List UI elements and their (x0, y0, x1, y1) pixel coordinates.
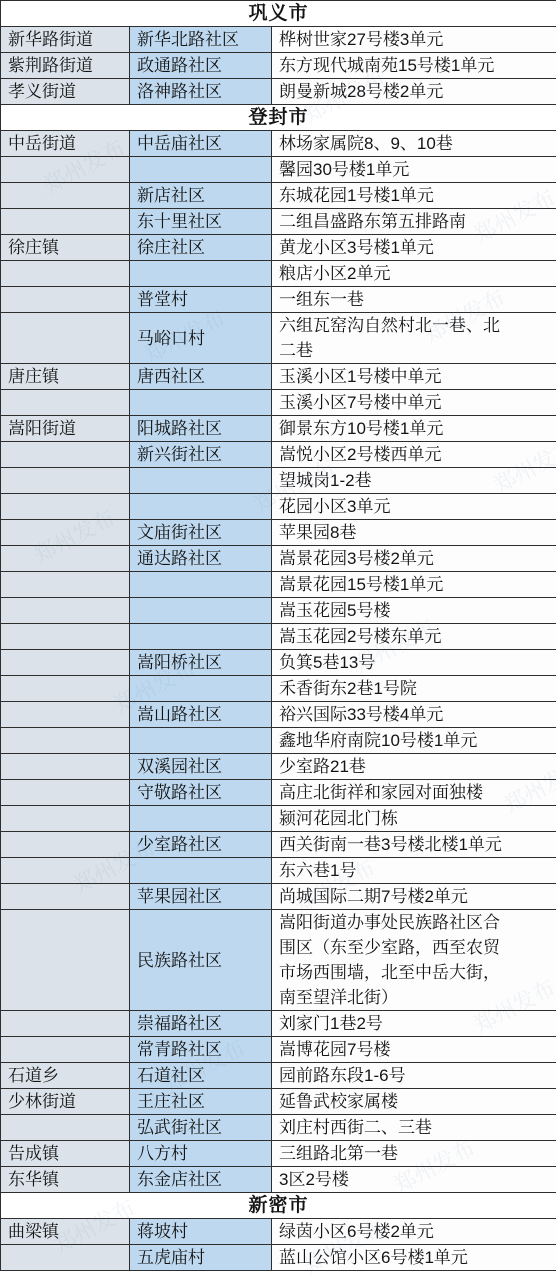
community-cell: 守敬路社区 (130, 780, 272, 806)
community-cell: 通达路社区 (130, 546, 272, 572)
table-row: 五虎庙村蓝山公馆小区6号楼1单元 (1, 1245, 556, 1271)
street-cell (1, 702, 130, 728)
table-row: 颍河花园北门栋 (1, 806, 556, 832)
address-cell: 嵩景花园15号楼1单元 (272, 572, 556, 598)
community-cell: 政通路社区 (130, 53, 272, 79)
community-cell (130, 728, 272, 754)
address-cell: 朗曼新城28号楼2单元 (272, 79, 556, 105)
community-cell: 文庙街社区 (130, 520, 272, 546)
table-row: 唐庄镇唐西社区玉溪小区1号楼中单元 (1, 364, 556, 390)
city-header-row: 巩义市 (1, 1, 556, 27)
community-cell: 苹果园社区 (130, 884, 272, 910)
community-cell (130, 494, 272, 520)
street-cell: 嵩阳街道 (1, 416, 130, 442)
table-row: 常青路社区嵩博花园7号楼 (1, 1037, 556, 1063)
street-cell (1, 520, 130, 546)
community-cell (130, 676, 272, 702)
address-cell: 望城岗1-2巷 (272, 468, 556, 494)
community-cell: 常青路社区 (130, 1037, 272, 1063)
street-cell: 唐庄镇 (1, 364, 130, 390)
address-cell: 馨园30号楼1单元 (272, 157, 556, 183)
address-cell: 裕兴国际33号楼4单元 (272, 702, 556, 728)
address-cell: 苹果园8巷 (272, 520, 556, 546)
table-row: 馨园30号楼1单元 (1, 157, 556, 183)
street-cell (1, 494, 130, 520)
address-cell: 东六巷1号 (272, 858, 556, 884)
address-cell: 颍河花园北门栋 (272, 806, 556, 832)
address-cell: 花园小区3单元 (272, 494, 556, 520)
community-cell (130, 572, 272, 598)
table-row: 嵩玉花园5号楼 (1, 598, 556, 624)
street-cell: 新华路街道 (1, 27, 130, 53)
risk-area-table: 巩义市新华路街道新华北路社区桦树世家27号楼3单元紫荆路街道政通路社区东方现代城… (0, 0, 556, 1271)
table-row: 马峪口村六组瓦窑沟自然村北一巷、北 二巷 (1, 313, 556, 364)
street-cell: 中岳街道 (1, 131, 130, 157)
street-cell (1, 1245, 130, 1271)
table-row: 少室路社区西关街南一巷3号楼北楼1单元 (1, 832, 556, 858)
street-cell: 东华镇 (1, 1167, 130, 1193)
street-cell: 告成镇 (1, 1141, 130, 1167)
community-cell: 石道社区 (130, 1063, 272, 1089)
address-cell: 林场家属院8、9、10巷 (272, 131, 556, 157)
community-cell (130, 261, 272, 287)
address-cell: 禾香街东2巷1号院 (272, 676, 556, 702)
street-cell (1, 1011, 130, 1037)
community-cell: 八方村 (130, 1141, 272, 1167)
community-cell: 马峪口村 (130, 313, 272, 364)
community-cell: 阳城路社区 (130, 416, 272, 442)
table-row: 孝义街道洛神路社区朗曼新城28号楼2单元 (1, 79, 556, 105)
street-cell (1, 442, 130, 468)
community-cell (130, 858, 272, 884)
street-cell (1, 884, 130, 910)
street-cell (1, 806, 130, 832)
community-cell: 东十里社区 (130, 209, 272, 235)
address-cell: 蓝山公馆小区6号楼1单元 (272, 1245, 556, 1271)
table-row: 禾香街东2巷1号院 (1, 676, 556, 702)
table-row: 紫荆路街道政通路社区东方现代城南苑15号楼1单元 (1, 53, 556, 79)
address-cell: 负箕5巷13号 (272, 650, 556, 676)
address-cell: 桦树世家27号楼3单元 (272, 27, 556, 53)
address-cell: 尚城国际二期7号楼2单元 (272, 884, 556, 910)
street-cell: 石道乡 (1, 1063, 130, 1089)
street-cell (1, 209, 130, 235)
table-row: 民族路社区嵩阳街道办事处民族路社区合 围区（东至少室路，西至农贸 市场西围墙，北… (1, 910, 556, 1011)
table-row: 普堂村一组东一巷 (1, 287, 556, 313)
street-cell: 紫荆路街道 (1, 53, 130, 79)
street-cell (1, 1115, 130, 1141)
address-cell: 一组东一巷 (272, 287, 556, 313)
table-row: 嵩山路社区裕兴国际33号楼4单元 (1, 702, 556, 728)
street-cell (1, 468, 130, 494)
community-cell (130, 468, 272, 494)
street-cell: 徐庄镇 (1, 235, 130, 261)
community-cell: 王庄社区 (130, 1089, 272, 1115)
table-row: 少林街道王庄社区延鲁武校家属楼 (1, 1089, 556, 1115)
street-cell (1, 183, 130, 209)
address-cell: 二组昌盛路东第五排路南 (272, 209, 556, 235)
table-row: 花园小区3单元 (1, 494, 556, 520)
community-cell: 唐西社区 (130, 364, 272, 390)
city-header-row: 新密市 (1, 1193, 556, 1219)
address-cell: 园前路东段1-6号 (272, 1063, 556, 1089)
street-cell (1, 287, 130, 313)
community-cell: 新华北路社区 (130, 27, 272, 53)
table-row: 新兴街社区嵩悦小区2号楼西单元 (1, 442, 556, 468)
street-cell (1, 546, 130, 572)
table-row: 玉溪小区7号楼中单元 (1, 390, 556, 416)
table-row: 徐庄镇徐庄社区黄龙小区3号楼1单元 (1, 235, 556, 261)
table-row: 望城岗1-2巷 (1, 468, 556, 494)
street-cell (1, 1037, 130, 1063)
address-cell: 绿茵小区6号楼2单元 (272, 1219, 556, 1245)
address-cell: 玉溪小区1号楼中单元 (272, 364, 556, 390)
street-cell (1, 572, 130, 598)
community-cell: 嵩山路社区 (130, 702, 272, 728)
address-cell: 西关街南一巷3号楼北楼1单元 (272, 832, 556, 858)
street-cell (1, 313, 130, 364)
community-cell: 普堂村 (130, 287, 272, 313)
street-cell (1, 650, 130, 676)
street-cell (1, 728, 130, 754)
table-body: 巩义市新华路街道新华北路社区桦树世家27号楼3单元紫荆路街道政通路社区东方现代城… (1, 1, 556, 1271)
address-cell: 刘庄村西街二、三巷 (272, 1115, 556, 1141)
street-cell (1, 390, 130, 416)
community-cell: 新兴街社区 (130, 442, 272, 468)
community-cell: 少室路社区 (130, 832, 272, 858)
address-cell: 鑫地华府南院10号楼1单元 (272, 728, 556, 754)
street-cell: 曲梁镇 (1, 1219, 130, 1245)
table-row: 东华镇东金店社区3区2号楼 (1, 1167, 556, 1193)
community-cell (130, 598, 272, 624)
street-cell (1, 157, 130, 183)
address-cell: 三组路北第一巷 (272, 1141, 556, 1167)
city-header-row: 登封市 (1, 105, 556, 131)
address-cell: 少室路21巷 (272, 754, 556, 780)
city-header: 巩义市 (1, 1, 556, 27)
community-cell: 五虎庙村 (130, 1245, 272, 1271)
table-row: 守敬路社区高庄北街祥和家园对面独楼 (1, 780, 556, 806)
community-cell: 双溪园社区 (130, 754, 272, 780)
address-cell: 延鲁武校家属楼 (272, 1089, 556, 1115)
table-row: 新店社区东城花园1号楼1单元 (1, 183, 556, 209)
table-row: 中岳街道中岳庙社区林场家属院8、9、10巷 (1, 131, 556, 157)
community-cell (130, 624, 272, 650)
table-row: 石道乡石道社区园前路东段1-6号 (1, 1063, 556, 1089)
table-row: 弘武街社区刘庄村西街二、三巷 (1, 1115, 556, 1141)
street-cell (1, 910, 130, 1011)
address-cell: 嵩博花园7号楼 (272, 1037, 556, 1063)
address-cell: 3区2号楼 (272, 1167, 556, 1193)
table-row: 崇福路社区刘家门1巷2号 (1, 1011, 556, 1037)
community-cell: 新店社区 (130, 183, 272, 209)
table-row: 嵩阳街道阳城路社区御景东方10号楼1单元 (1, 416, 556, 442)
address-cell: 御景东方10号楼1单元 (272, 416, 556, 442)
address-cell: 嵩阳街道办事处民族路社区合 围区（东至少室路，西至农贸 市场西围墙，北至中岳大街… (272, 910, 556, 1011)
page: 巩义市新华路街道新华北路社区桦树世家27号楼3单元紫荆路街道政通路社区东方现代城… (0, 0, 556, 1271)
table-row: 嵩景花园15号楼1单元 (1, 572, 556, 598)
street-cell: 少林街道 (1, 1089, 130, 1115)
community-cell: 蒋坡村 (130, 1219, 272, 1245)
address-cell: 嵩玉花园5号楼 (272, 598, 556, 624)
table-row: 鑫地华府南院10号楼1单元 (1, 728, 556, 754)
street-cell (1, 261, 130, 287)
address-cell: 玉溪小区7号楼中单元 (272, 390, 556, 416)
address-cell: 嵩悦小区2号楼西单元 (272, 442, 556, 468)
community-cell (130, 806, 272, 832)
street-cell (1, 858, 130, 884)
table-row: 新华路街道新华北路社区桦树世家27号楼3单元 (1, 27, 556, 53)
community-cell: 嵩阳桥社区 (130, 650, 272, 676)
street-cell (1, 754, 130, 780)
address-cell: 粮店小区2单元 (272, 261, 556, 287)
city-header: 新密市 (1, 1193, 556, 1219)
table-row: 告成镇八方村三组路北第一巷 (1, 1141, 556, 1167)
community-cell (130, 157, 272, 183)
table-row: 文庙街社区苹果园8巷 (1, 520, 556, 546)
community-cell: 弘武街社区 (130, 1115, 272, 1141)
city-header: 登封市 (1, 105, 556, 131)
table-row: 双溪园社区少室路21巷 (1, 754, 556, 780)
community-cell: 民族路社区 (130, 910, 272, 1011)
table-row: 粮店小区2单元 (1, 261, 556, 287)
table-row: 东六巷1号 (1, 858, 556, 884)
community-cell: 东金店社区 (130, 1167, 272, 1193)
address-cell: 刘家门1巷2号 (272, 1011, 556, 1037)
table-row: 曲梁镇蒋坡村绿茵小区6号楼2单元 (1, 1219, 556, 1245)
community-cell: 洛神路社区 (130, 79, 272, 105)
table-row: 通达路社区嵩景花园3号楼2单元 (1, 546, 556, 572)
community-cell (130, 390, 272, 416)
address-cell: 嵩玉花园2号楼东单元 (272, 624, 556, 650)
table-row: 东十里社区二组昌盛路东第五排路南 (1, 209, 556, 235)
address-cell: 黄龙小区3号楼1单元 (272, 235, 556, 261)
street-cell (1, 832, 130, 858)
address-cell: 嵩景花园3号楼2单元 (272, 546, 556, 572)
address-cell: 东方现代城南苑15号楼1单元 (272, 53, 556, 79)
table-row: 苹果园社区尚城国际二期7号楼2单元 (1, 884, 556, 910)
street-cell (1, 624, 130, 650)
street-cell (1, 598, 130, 624)
address-cell: 高庄北街祥和家园对面独楼 (272, 780, 556, 806)
street-cell: 孝义街道 (1, 79, 130, 105)
community-cell: 中岳庙社区 (130, 131, 272, 157)
community-cell: 崇福路社区 (130, 1011, 272, 1037)
table-row: 嵩阳桥社区负箕5巷13号 (1, 650, 556, 676)
street-cell (1, 676, 130, 702)
street-cell (1, 780, 130, 806)
address-cell: 六组瓦窑沟自然村北一巷、北 二巷 (272, 313, 556, 364)
table-row: 嵩玉花园2号楼东单元 (1, 624, 556, 650)
address-cell: 东城花园1号楼1单元 (272, 183, 556, 209)
community-cell: 徐庄社区 (130, 235, 272, 261)
